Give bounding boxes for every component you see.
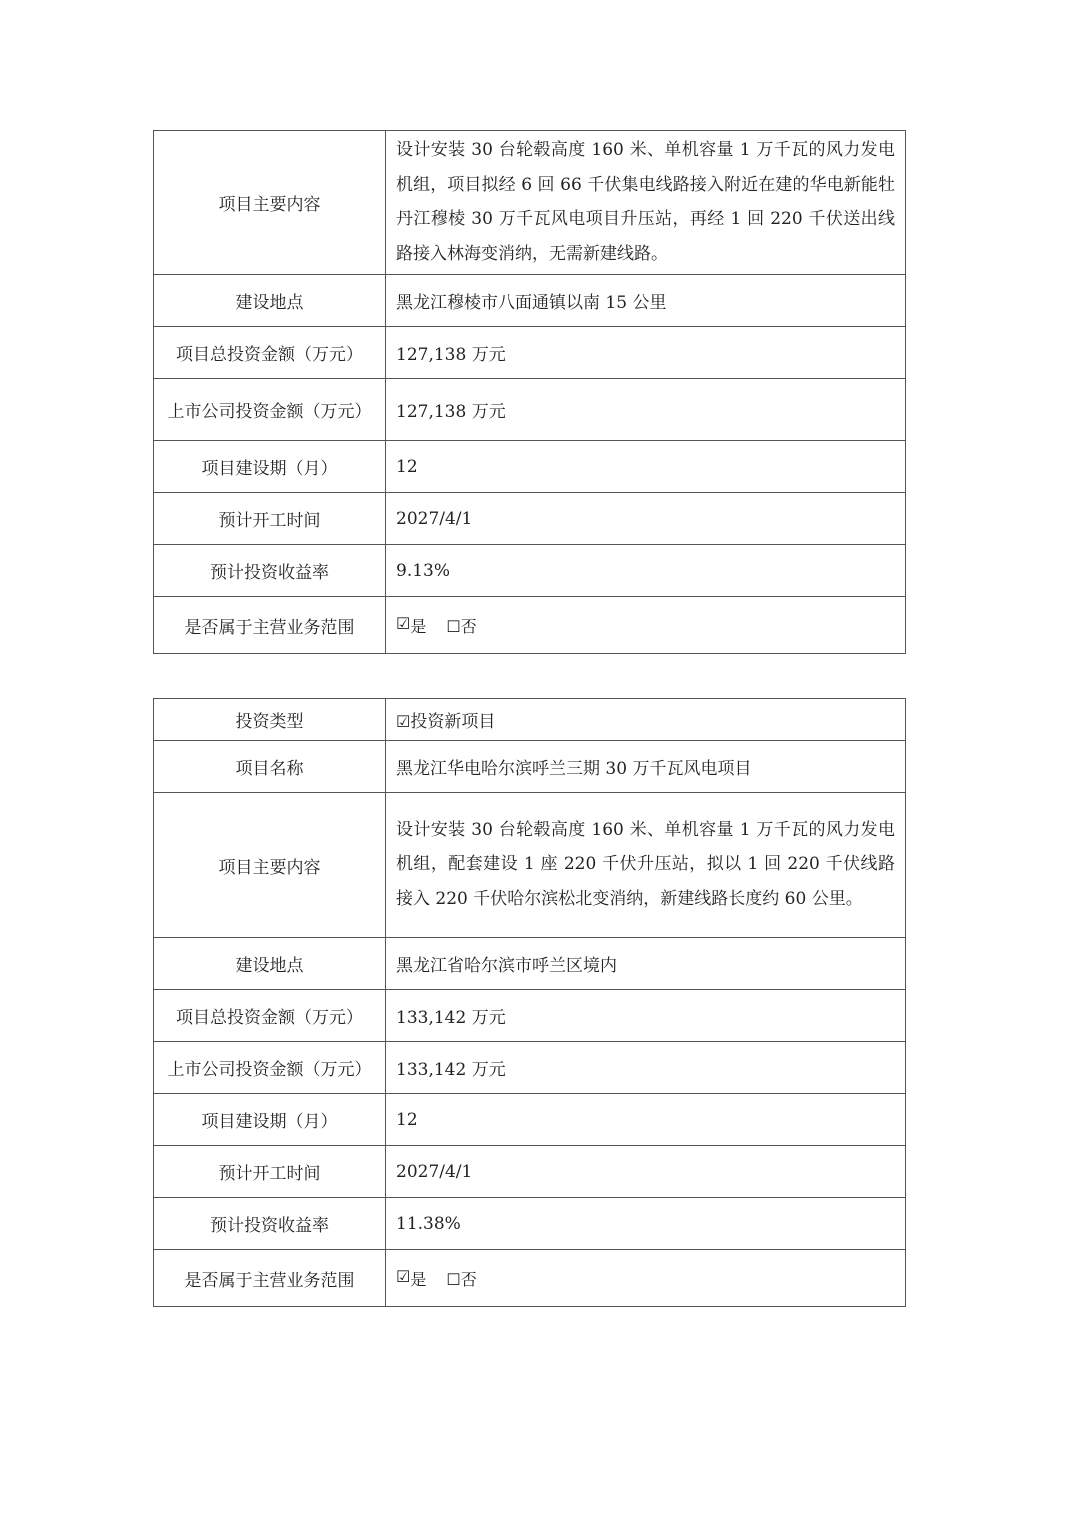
table-row: 项目主要内容 设计安装 30 台轮毂高度 160 米、单机容量 1 万千瓦的风力…: [154, 131, 906, 275]
table-row: 投资类型 ☑投资新项目: [154, 699, 906, 741]
table-row: 项目总投资金额（万元） 127,138 万元: [154, 327, 906, 379]
row-value: 黑龙江华电哈尔滨呼兰三期 30 万千瓦风电项目: [386, 741, 906, 793]
row-value: 12: [386, 441, 906, 493]
row-value: 12: [386, 1094, 906, 1146]
checkbox-unchecked-icon[interactable]: ☐: [446, 1270, 460, 1289]
row-label: 上市公司投资金额（万元）: [154, 1042, 386, 1094]
table-row: 建设地点 黑龙江省哈尔滨市呼兰区境内: [154, 938, 906, 990]
no-label: 否: [461, 1267, 477, 1290]
row-value: 2027/4/1: [386, 493, 906, 545]
main-business-choice: ☑是☐否: [386, 1250, 906, 1307]
table-row: 上市公司投资金额（万元） 133,142 万元: [154, 1042, 906, 1094]
row-label: 预计投资收益率: [154, 545, 386, 597]
checkbox-checked-icon[interactable]: ☑: [396, 614, 410, 633]
row-value: 投资新项目: [410, 712, 495, 732]
row-label: 建设地点: [154, 938, 386, 990]
row-value: 9.13%: [386, 545, 906, 597]
row-label: 投资类型: [154, 699, 386, 741]
table-row: 建设地点 黑龙江穆棱市八面通镇以南 15 公里: [154, 275, 906, 327]
table-row: 是否属于主营业务范围 ☑是☐否: [154, 597, 906, 654]
row-label: 项目建设期（月）: [154, 441, 386, 493]
main-business-choice: ☑是☐否: [386, 597, 906, 654]
row-value: 2027/4/1: [386, 1146, 906, 1198]
row-value: 11.38%: [386, 1198, 906, 1250]
row-label: 项目总投资金额（万元）: [154, 327, 386, 379]
row-value: 黑龙江省哈尔滨市呼兰区境内: [386, 938, 906, 990]
table-row: 预计开工时间 2027/4/1: [154, 493, 906, 545]
project-table-1: 项目主要内容 设计安装 30 台轮毂高度 160 米、单机容量 1 万千瓦的风力…: [153, 130, 906, 654]
row-value: 设计安装 30 台轮毂高度 160 米、单机容量 1 万千瓦的风力发电机组，配套…: [386, 793, 906, 938]
row-label: 上市公司投资金额（万元）: [154, 379, 386, 441]
table-row: 项目名称 黑龙江华电哈尔滨呼兰三期 30 万千瓦风电项目: [154, 741, 906, 793]
row-label: 建设地点: [154, 275, 386, 327]
row-label: 是否属于主营业务范围: [154, 1250, 386, 1307]
row-label: 项目主要内容: [154, 793, 386, 938]
row-value: 设计安装 30 台轮毂高度 160 米、单机容量 1 万千瓦的风力发电机组，项目…: [386, 131, 906, 275]
checkbox-checked-icon[interactable]: ☑: [396, 1267, 410, 1286]
row-label: 项目建设期（月）: [154, 1094, 386, 1146]
table-row: 项目总投资金额（万元） 133,142 万元: [154, 990, 906, 1042]
table-row: 项目主要内容 设计安装 30 台轮毂高度 160 米、单机容量 1 万千瓦的风力…: [154, 793, 906, 938]
no-label: 否: [461, 614, 477, 637]
yes-label: 是: [410, 1267, 426, 1290]
row-label: 预计开工时间: [154, 1146, 386, 1198]
row-label: 预计开工时间: [154, 493, 386, 545]
table-row: 预计投资收益率 9.13%: [154, 545, 906, 597]
table-row: 预计投资收益率 11.38%: [154, 1198, 906, 1250]
row-label: 是否属于主营业务范围: [154, 597, 386, 654]
row-value: 127,138 万元: [386, 327, 906, 379]
table-row: 项目建设期（月） 12: [154, 441, 906, 493]
table-row: 上市公司投资金额（万元） 127,138 万元: [154, 379, 906, 441]
project-table-2: 投资类型 ☑投资新项目 项目名称 黑龙江华电哈尔滨呼兰三期 30 万千瓦风电项目…: [153, 698, 906, 1307]
row-label: 项目主要内容: [154, 131, 386, 275]
yes-label: 是: [410, 614, 426, 637]
row-label: 项目名称: [154, 741, 386, 793]
row-value: 133,142 万元: [386, 990, 906, 1042]
investment-type-value: ☑投资新项目: [386, 699, 906, 741]
table-row: 是否属于主营业务范围 ☑是☐否: [154, 1250, 906, 1307]
table-row: 项目建设期（月） 12: [154, 1094, 906, 1146]
checkbox-checked-icon[interactable]: ☑: [396, 712, 410, 731]
row-value: 133,142 万元: [386, 1042, 906, 1094]
row-value: 127,138 万元: [386, 379, 906, 441]
row-label: 项目总投资金额（万元）: [154, 990, 386, 1042]
table-row: 预计开工时间 2027/4/1: [154, 1146, 906, 1198]
row-label: 预计投资收益率: [154, 1198, 386, 1250]
checkbox-unchecked-icon[interactable]: ☐: [446, 617, 460, 636]
row-value: 黑龙江穆棱市八面通镇以南 15 公里: [386, 275, 906, 327]
